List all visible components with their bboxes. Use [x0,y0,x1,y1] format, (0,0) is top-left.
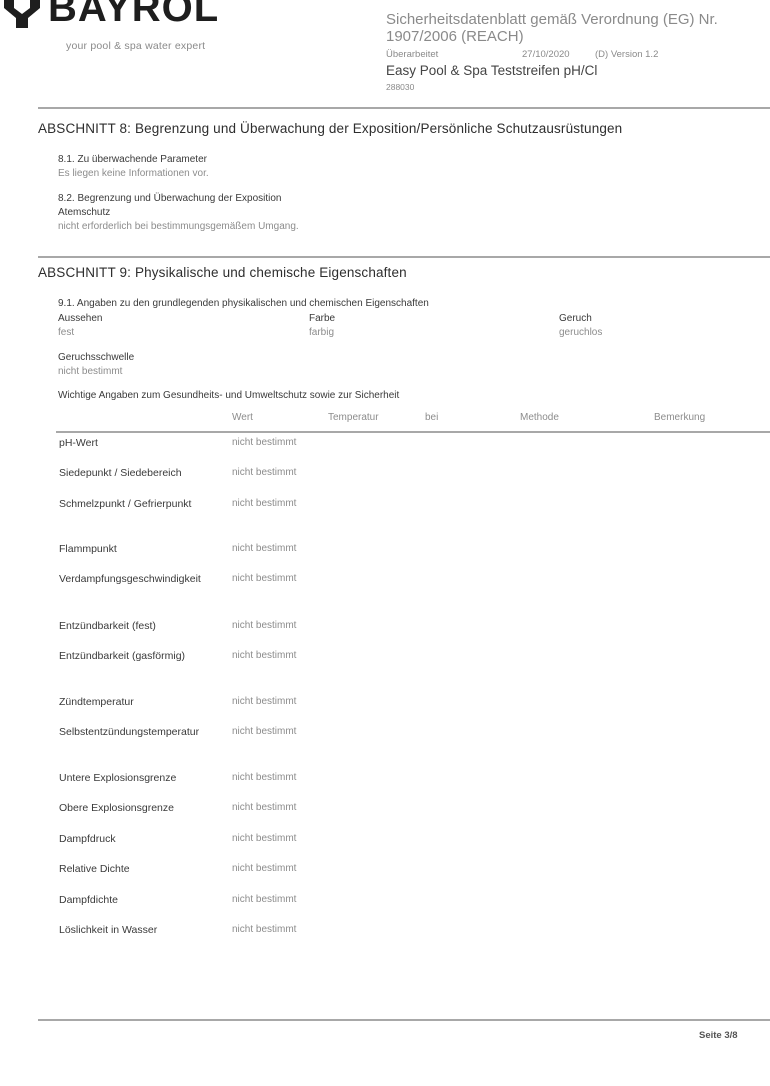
colour-label: Farbe [309,313,335,324]
property-label: Untere Explosionsgrenze [59,772,219,785]
property-label: Entzündbarkeit (fest) [59,620,219,633]
property-value: nicht bestimmt [232,802,296,813]
property-label: Dampfdruck [59,833,219,846]
property-label: Löslichkeit in Wasser [59,924,219,937]
property-label: Zündtemperatur [59,696,219,709]
property-value: nicht bestimmt [232,894,296,905]
property-label: Siedepunkt / Siedebereich [59,467,219,480]
property-value: nicht bestimmt [232,772,296,783]
colour-value: farbig [309,327,334,338]
appearance-value: fest [58,327,74,338]
property-label: Selbstentzündungstemperatur [59,726,219,739]
property-label: Obere Explosionsgrenze [59,802,219,815]
product-code: 288030 [386,82,414,92]
product-name: Easy Pool & Spa Teststreifen pH/Cl [386,63,597,78]
section-8-1-text: Es liegen keine Informationen vor. [58,168,209,179]
revised-date: 27/10/2020 [522,49,570,60]
header-divider [38,107,770,109]
brand-logo: BAYROL [48,0,219,30]
column-header-at: bei [425,412,438,423]
property-value: nicht bestimmt [232,543,296,554]
property-value: nicht bestimmt [232,696,296,707]
column-header-temperature: Temperatur [328,412,379,423]
property-value: nicht bestimmt [232,437,296,448]
property-label: pH-Wert [59,437,219,450]
column-header-value: Wert [232,412,253,423]
property-value: nicht bestimmt [232,650,296,661]
table-header-divider [56,431,770,433]
bayrol-logo-icon [2,0,42,28]
odour-threshold-label: Geruchsschwelle [58,352,134,363]
property-label: Verdampfungsgeschwindigkeit [59,573,219,586]
section-9-1-heading: 9.1. Angaben zu den grundlegenden physik… [58,298,429,309]
property-label: Flammpunkt [59,543,219,556]
revised-label: Überarbeitet [386,49,438,60]
property-label: Schmelzpunkt / Gefrierpunkt [59,498,219,511]
odour-threshold-value: nicht bestimmt [58,366,122,377]
property-value: nicht bestimmt [232,573,296,584]
property-value: nicht bestimmt [232,924,296,935]
property-label: Dampfdichte [59,894,219,907]
document-title: Sicherheitsdatenblatt gemäß Verordnung (… [386,11,766,45]
property-value: nicht bestimmt [232,467,296,478]
section-8-1-heading: 8.1. Zu überwachende Parameter [58,154,207,165]
property-label: Relative Dichte [59,863,219,876]
section-8-2-heading: 8.2. Begrenzung und Überwachung der Expo… [58,193,281,204]
section-8-title: ABSCHNITT 8: Begrenzung und Überwachung … [38,121,622,136]
column-header-method: Methode [520,412,559,423]
odour-value: geruchlos [559,327,602,338]
property-value: nicht bestimmt [232,833,296,844]
section-9-title: ABSCHNITT 9: Physikalische und chemische… [38,265,407,280]
property-label: Entzündbarkeit (gasförmig) [59,650,219,663]
property-value: nicht bestimmt [232,498,296,509]
odour-label: Geruch [559,313,592,324]
important-info-heading: Wichtige Angaben zum Gesundheits- und Um… [58,390,399,401]
brand-tagline: your pool & spa water expert [66,40,205,52]
property-value: nicht bestimmt [232,863,296,874]
respiratory-protection-text: nicht erforderlich bei bestimmungsgemäße… [58,221,299,232]
document-version: (D) Version 1.2 [595,49,658,60]
property-value: nicht bestimmt [232,726,296,737]
appearance-label: Aussehen [58,313,102,324]
respiratory-protection-label: Atemschutz [58,207,110,218]
property-value: nicht bestimmt [232,620,296,631]
footer-divider [38,1019,770,1021]
section-9-divider [38,256,770,258]
column-header-remark: Bemerkung [654,412,705,423]
page-number: Seite 3/8 [699,1030,738,1041]
